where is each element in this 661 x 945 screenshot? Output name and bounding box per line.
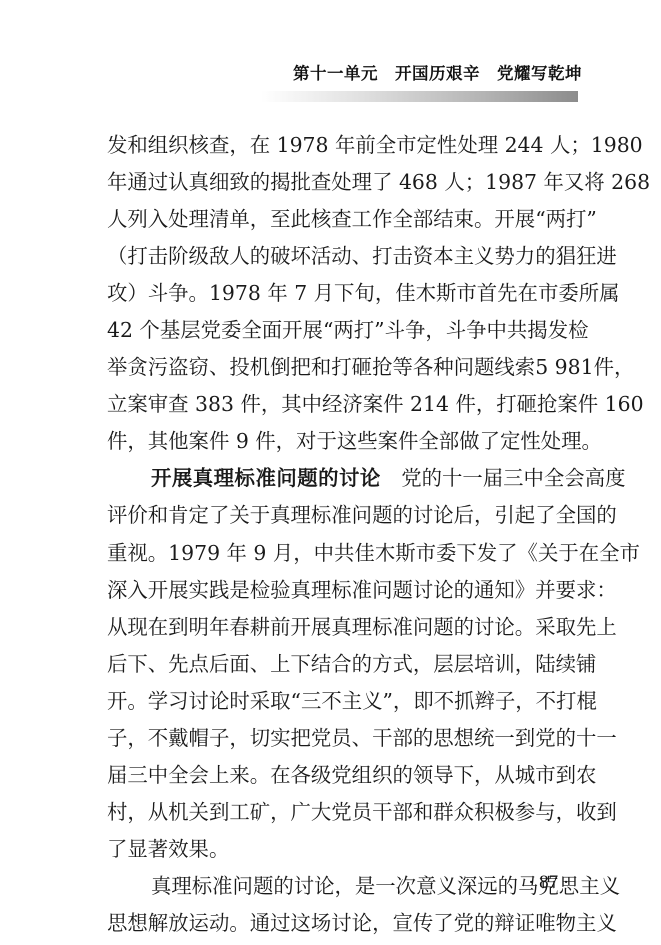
text-line: 攻）斗争。1978 年 7 月下旬，佳木斯市首先在市委所属 — [107, 275, 579, 312]
page-number: · 87 · — [528, 872, 569, 894]
paragraph: 开展真理标准问题的讨论 党的十一届三中全会高度 评价和肯定了关于真理标准问题的讨… — [107, 460, 579, 868]
text-line: 件，其他案件 9 件，对于这些案件全部做了定性处理。 — [107, 423, 579, 460]
text-line: 思想解放运动。通过这场讨论，宣传了党的辩证唯物主义 — [107, 905, 579, 942]
paragraph: 真理标准问题的讨论，是一次意义深远的马克思主义 思想解放运动。通过这场讨论，宣传… — [107, 868, 579, 942]
text-line: 年通过认真细致的揭批查处理了 468 人；1987 年又将 268 — [107, 164, 579, 201]
text-line: 届三中全会上来。在各级党组织的领导下，从城市到农 — [107, 757, 579, 794]
body-text: 发和组织核查，在 1978 年前全市定性处理 244 人；1980 年通过认真细… — [107, 127, 579, 942]
text-line: 真理标准问题的讨论，是一次意义深远的马克思主义 — [107, 868, 579, 905]
text-run: 党的十一届三中全会高度 — [401, 466, 625, 490]
text-line: 42 个基层党委全面开展“两打”斗争，斗争中共揭发检 — [107, 312, 579, 349]
text-line: 人列入处理清单，至此核查工作全部结束。开展“两打” — [107, 201, 579, 238]
text-line: 子，不戴帽子，切实把党员、干部的思想统一到党的十一 — [107, 720, 579, 757]
text-line: （打击阶级敌人的破坏活动、打击资本主义势力的猖狂进 — [107, 238, 579, 275]
text-line: 举贪污盗窃、投机倒把和打砸抢等各种问题线索5 981件， — [107, 349, 579, 386]
text-line: 开。学习讨论时采取“三不主义”，即不抓辫子，不打棍 — [107, 683, 579, 720]
section-heading: 开展真理标准问题的讨论 — [151, 466, 381, 490]
header-gradient-rule — [261, 91, 578, 102]
text-line: 发和组织核查，在 1978 年前全市定性处理 244 人；1980 — [107, 127, 579, 164]
text-line: 从现在到明年春耕前开展真理标准问题的讨论。采取先上 — [107, 609, 579, 646]
paragraph: 发和组织核查，在 1978 年前全市定性处理 244 人；1980 年通过认真细… — [107, 127, 579, 460]
text-line: 评价和肯定了关于真理标准问题的讨论后，引起了全国的 — [107, 497, 579, 534]
text-line: 村，从机关到工矿，广大党员干部和群众积极参与，收到 — [107, 794, 579, 831]
text-line: 了显著效果。 — [107, 831, 579, 868]
heading-gap — [381, 466, 401, 490]
text-line: 重视。1979 年 9 月，中共佳木斯市委下发了《关于在全市 — [107, 535, 579, 572]
text-line: 开展真理标准问题的讨论 党的十一届三中全会高度 — [107, 460, 579, 497]
running-head: 第十一单元 开国历艰辛 党耀写乾坤 — [293, 60, 582, 84]
text-line: 立案审查 383 件，其中经济案件 214 件，打砸抢案件 160 — [107, 386, 579, 423]
text-line: 后下、先点后面、上下结合的方式，层层培训，陆续铺 — [107, 646, 579, 683]
text-line: 深入开展实践是检验真理标准问题讨论的通知》并要求： — [107, 572, 579, 609]
